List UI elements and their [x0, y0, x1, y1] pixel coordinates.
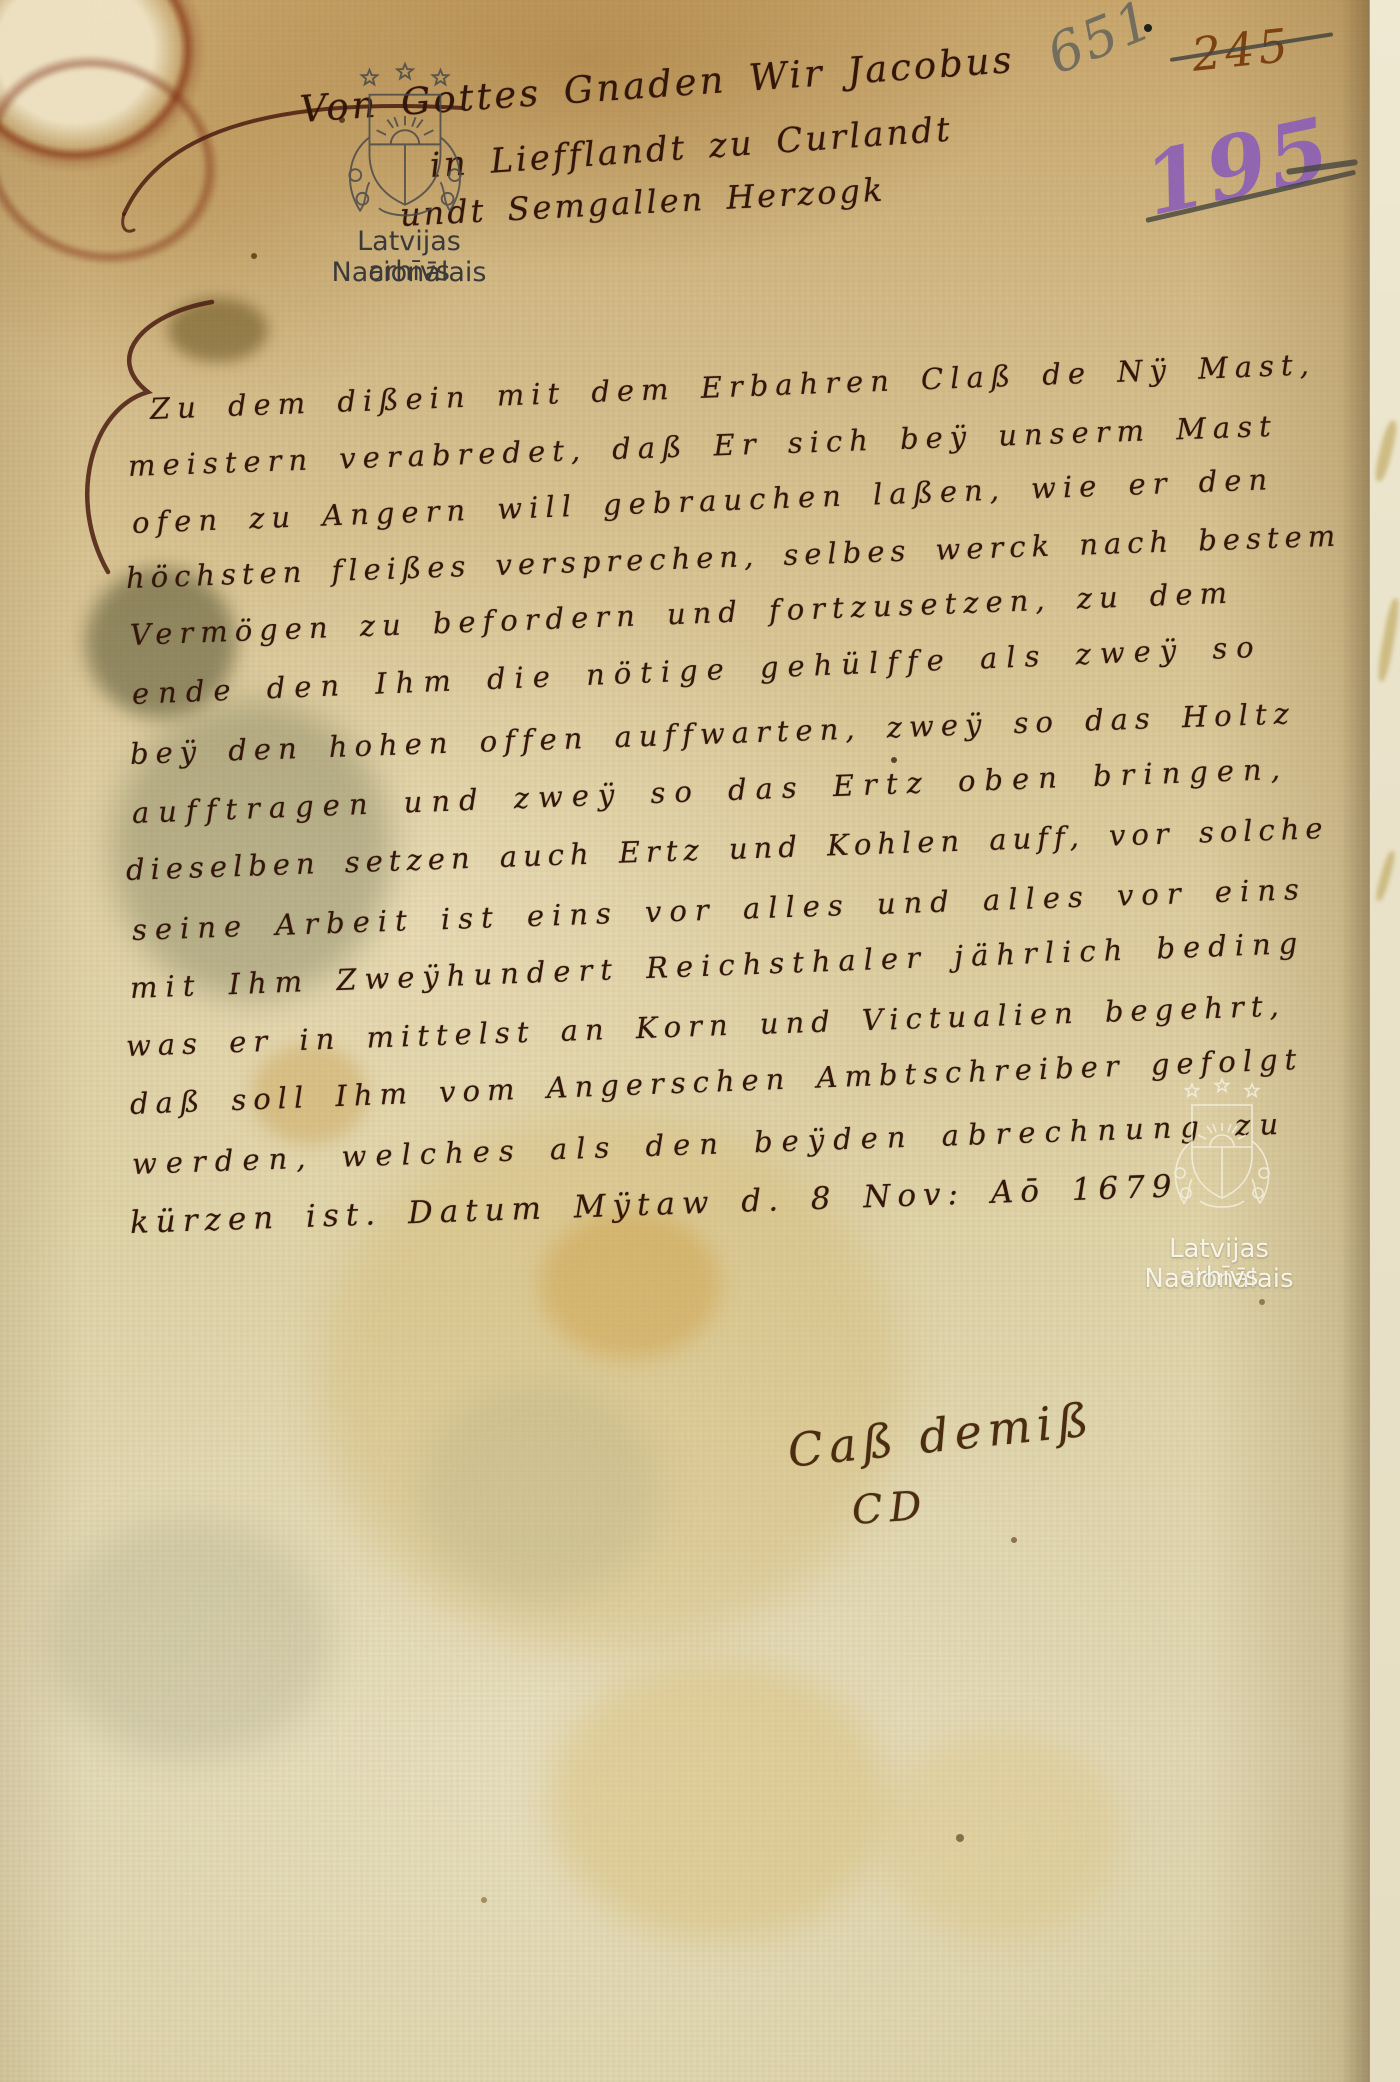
- stain: [880, 1730, 1120, 1940]
- edge-ink-showthrough: [1373, 419, 1400, 482]
- body-line-date: kürzen ist. Datum Mÿtaw d. 8 Nov: Aō 167…: [129, 1168, 1179, 1241]
- next-page-edge: [1369, 0, 1400, 2082]
- archive-watermark-name: Latvijas Nacionālais: [1104, 1234, 1334, 1294]
- stain: [420, 1380, 660, 1600]
- paragraph-initial-flourish: [52, 288, 242, 588]
- edge-ink-showthrough: [1376, 598, 1400, 683]
- signature-initials: CD: [850, 1483, 930, 1534]
- stain: [548, 1660, 888, 1940]
- signature-name: Caß demiß: [785, 1392, 1097, 1478]
- stain: [540, 1210, 720, 1360]
- archive-watermark-name-2: arhīvs: [294, 256, 524, 287]
- edge-ink-showthrough: [1374, 850, 1397, 902]
- page-edge-shadow: [1340, 0, 1370, 2082]
- archive-coat-of-arms-icon: [1162, 1072, 1282, 1218]
- manuscript-scan: Latvijas Nacionālais arhīvs 651 245 195 …: [0, 0, 1400, 2082]
- archive-watermark-name-2: arhīvs: [1104, 1262, 1334, 1292]
- stain: [50, 1520, 330, 1760]
- pencil-page-number: 651: [1038, 0, 1163, 87]
- ink-specks: [0, 0, 4, 4]
